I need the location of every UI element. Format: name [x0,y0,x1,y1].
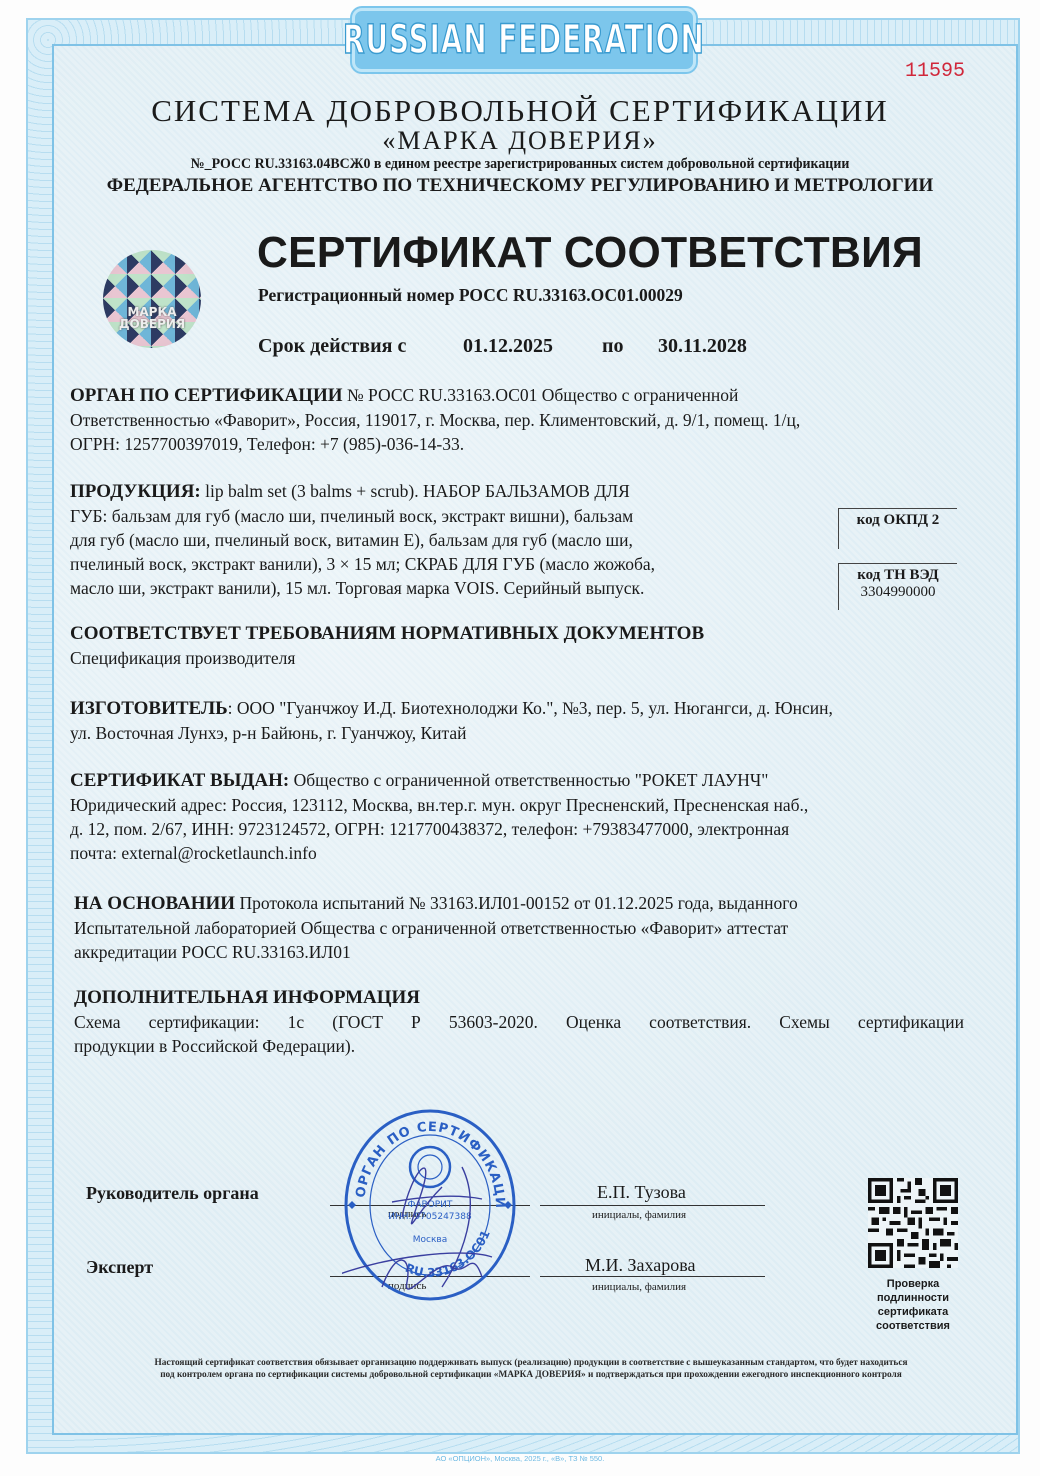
valid-from: 01.12.2025 [463,335,553,358]
issued-to-section: СЕРТИФИКАТ ВЫДАН: Общество с ограниченно… [70,768,808,865]
certificate-title: СЕРТИФИКАТ СООТВЕТСТВИЯ [257,228,923,278]
verification-qr-code[interactable] [868,1178,958,1268]
stamp-ring-text: ОРГАН ПО СЕРТИФИКАЦИИ [342,1107,507,1209]
registry-line: №_РОСС RU.33163.04ВСЖ0 в едином реестре … [21,156,1019,173]
to-label: по [602,335,624,358]
manufacturer-section: ИЗГОТОВИТЕЛЬ: ООО "Гуанчжоу И.Д. Биотехн… [70,696,833,745]
product-heading: ПРОДУКЦИЯ: [70,481,201,502]
basis-heading: НА ОСНОВАНИИ [74,893,235,914]
tnved-value: 3304990000 [839,584,957,601]
expert-name: М.И. Захарова [585,1255,696,1276]
head-name: Е.П. Тузова [597,1182,686,1203]
valid-to: 30.11.2028 [658,335,747,358]
conformity-section: СООТВЕТСТВУЕТ ТРЕБОВАНИЯМ НОРМАТИВНЫХ ДО… [70,622,704,670]
footer-legal-note: Настоящий сертификат соответствия обязыв… [98,1357,964,1381]
product-section: ПРОДУКЦИЯ: lip balm set (3 balms + scrub… [70,479,655,600]
country-banner: RUSSIAN FEDERATION [352,8,696,72]
svg-text:ФАВОРИТ: ФАВОРИТ [408,1200,453,1210]
printer-imprint: АО «ОПЦИОН», Москва, 2025 г., «В», ТЗ № … [0,1454,1040,1463]
system-title-line2: «МАРКА ДОВЕРИЯ» [0,126,1040,156]
expert-name-line [540,1276,765,1277]
okpd2-code-box: код ОКПД 2 [838,508,957,549]
agency-name: ФЕДЕРАЛЬНОЕ АГЕНТСТВО ПО ТЕХНИЧЕСКОМУ РЕ… [0,175,1040,197]
registration-number: Регистрационный номер РОСС RU.33163.ОС01… [258,285,683,306]
tnved-code-box: код ТН ВЭД 3304990000 [838,563,957,610]
hologram-text: МАРКА ДОВЕРИЯ [103,306,201,330]
serial-number: 11595 [905,60,965,83]
certification-body-section: ОРГАН ПО СЕРТИФИКАЦИИ № РОСС RU.33163.ОС… [70,383,800,456]
issued-to-heading: СЕРТИФИКАТ ВЫДАН: [70,770,289,791]
svg-text:ИНН: 9705247388: ИНН: 9705247388 [388,1212,472,1222]
banner-text: RUSSIAN FEDERATION [343,17,705,63]
svg-text:Москва: Москва [413,1235,447,1245]
head-name-line [540,1205,765,1206]
system-title-line1: СИСТЕМА ДОБРОВОЛЬНОЙ СЕРТИФИКАЦИИ [0,93,1040,129]
hologram-seal-icon: МАРКА ДОВЕРИЯ [103,250,201,348]
basis-section: НА ОСНОВАНИИ Протокола испытаний № 33163… [74,891,798,964]
certification-body-stamp-icon: ОРГАН ПО СЕРТИФИКАЦИИ RU.33163.ОС01 ФАВО… [342,1107,518,1303]
certification-body-heading: ОРГАН ПО СЕРТИФИКАЦИИ [70,385,343,406]
additional-info-heading: ДОПОЛНИТЕЛЬНАЯ ИНФОРМАЦИЯ [74,986,964,1010]
svg-text:ОРГАН ПО СЕРТИФИКАЦИИ: ОРГАН ПО СЕРТИФИКАЦИИ [342,1107,507,1209]
head-of-body-label: Руководитель органа [86,1183,259,1204]
conformity-heading: СООТВЕТСТВУЕТ ТРЕБОВАНИЯМ НОРМАТИВНЫХ ДО… [70,622,704,646]
issuer-email: почта: external@rocketlaunch.info [70,841,808,865]
expert-label: Эксперт [86,1257,153,1278]
qr-caption: Проверка подлинности сертификата соответ… [860,1277,966,1333]
validity-label: Срок действия с [258,335,406,358]
manufacturer-heading: ИЗГОТОВИТЕЛЬ [70,698,228,719]
additional-info-section: ДОПОЛНИТЕЛЬНАЯ ИНФОРМАЦИЯ Схема сертифик… [74,986,964,1058]
